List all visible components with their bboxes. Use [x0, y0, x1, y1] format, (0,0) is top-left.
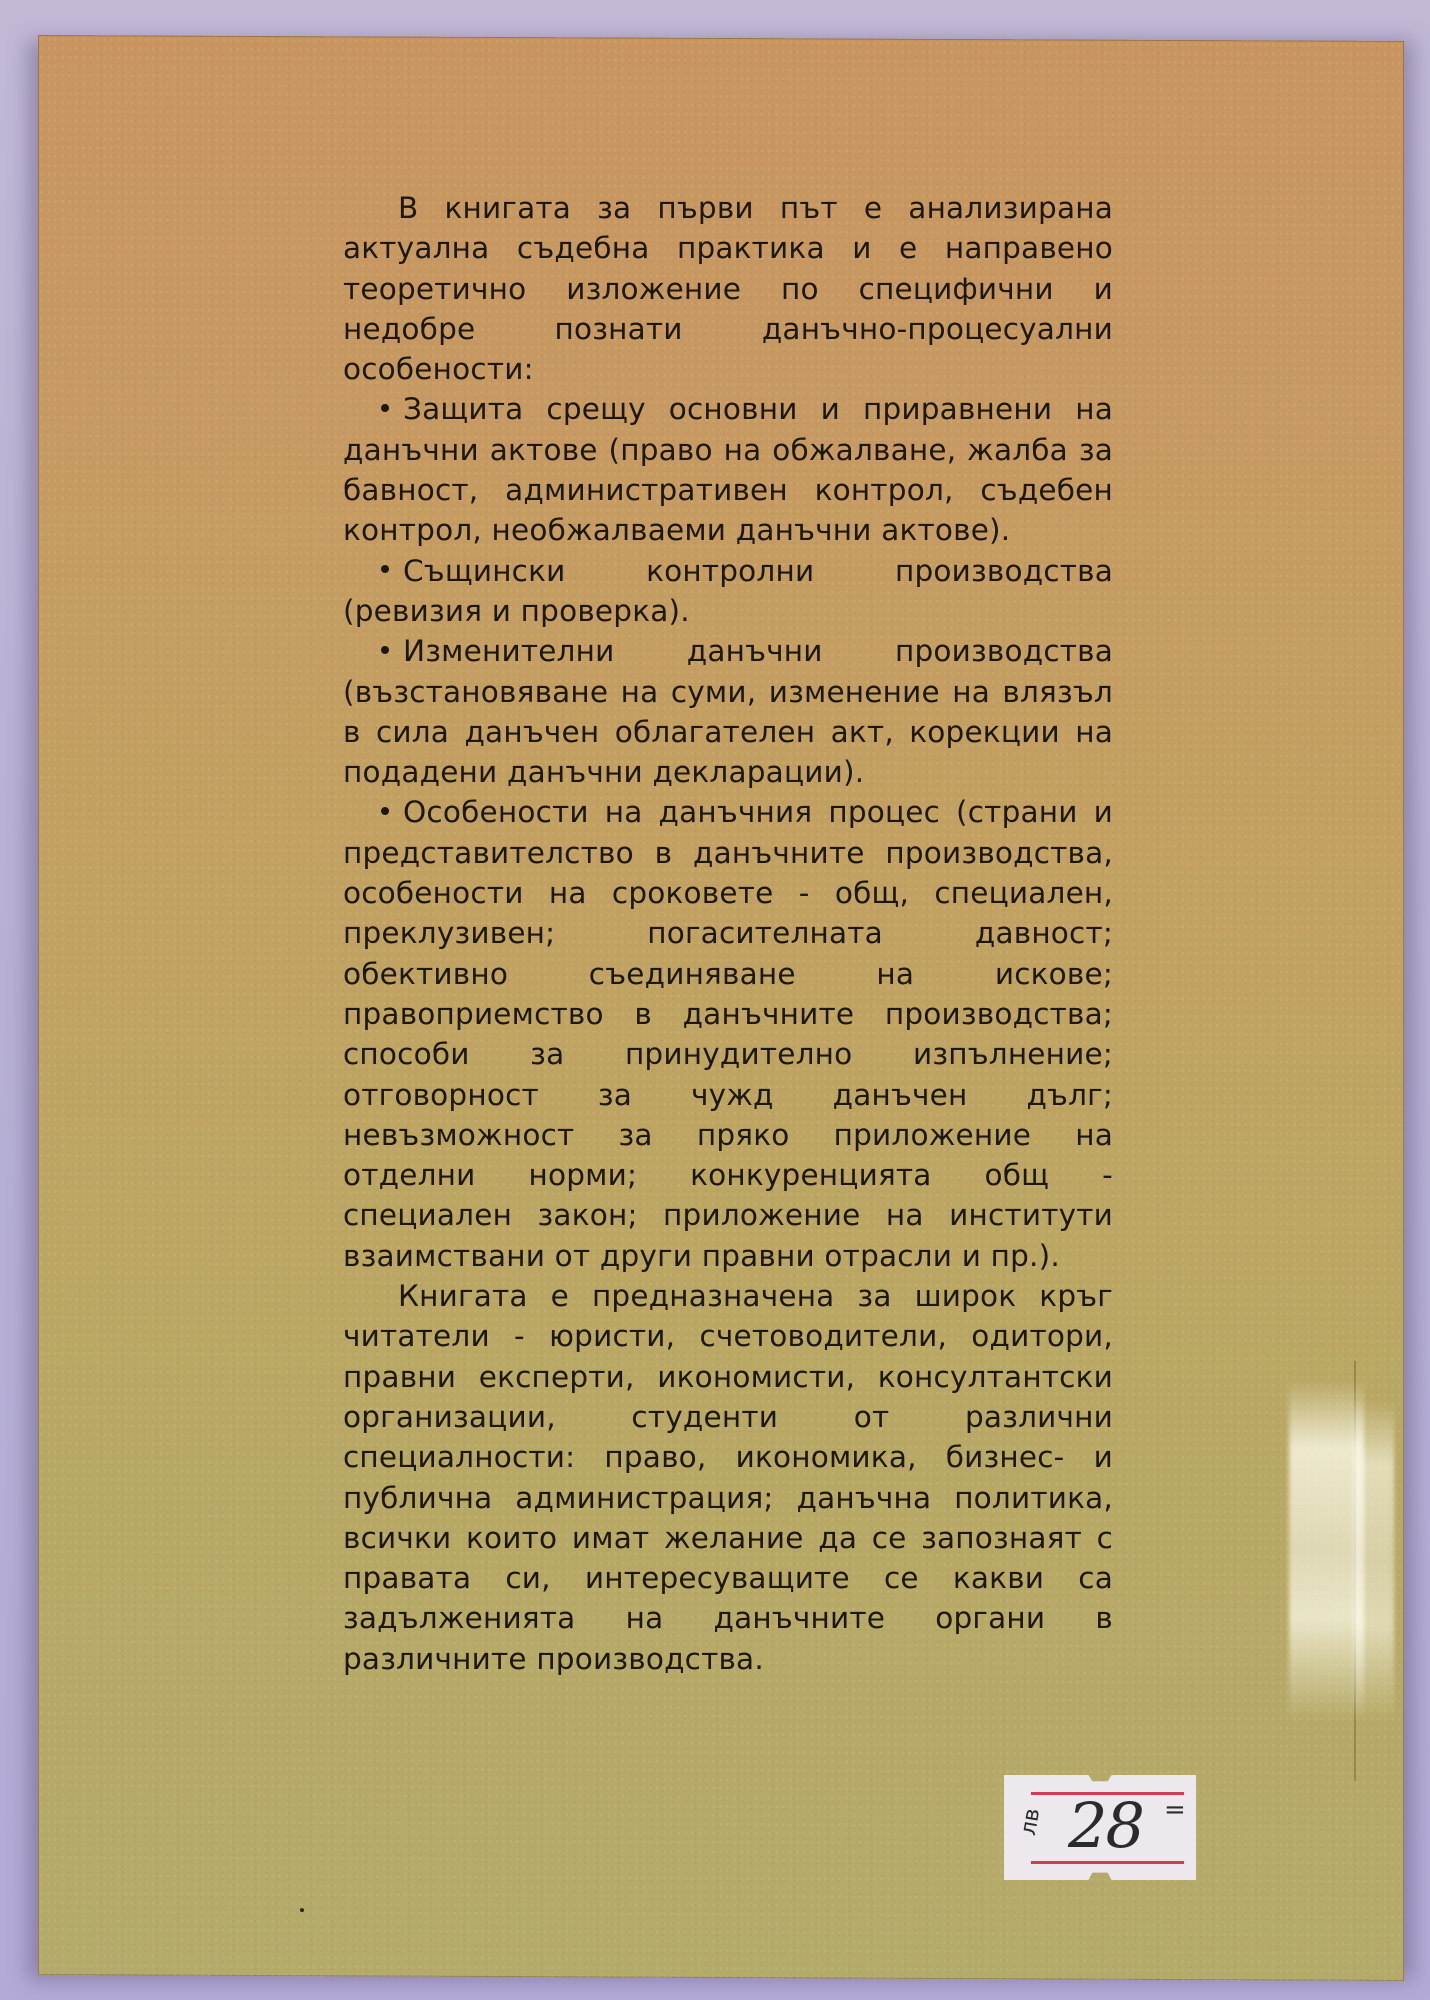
- dust-speck: [300, 1908, 304, 1912]
- blurb-intro: В книгата за първи път е анализирана акт…: [343, 188, 1113, 389]
- glare-highlight: [1289, 1380, 1364, 1720]
- bullet-icon: [381, 404, 389, 412]
- cover-blurb: В книгата за първи път е анализирана акт…: [343, 188, 1113, 1679]
- bullet-icon: [381, 565, 389, 573]
- bullet-icon: [381, 646, 389, 654]
- blurb-bullet: Изменителни данъчни производства (възста…: [343, 631, 1113, 792]
- blurb-bullet-list: Защита срещу основни и приравнени на дан…: [343, 389, 1113, 1276]
- blurb-bullet: Защита срещу основни и приравнени на дан…: [343, 389, 1113, 550]
- blurb-bullet: Същински контролни производства (ревизия…: [343, 551, 1113, 632]
- glare-highlight: [1354, 1401, 1394, 1721]
- blurb-closing: Книгата е предназначена за широк кръг чи…: [343, 1276, 1113, 1679]
- price-amount: 28: [1068, 1789, 1143, 1862]
- blurb-bullet: Особености на данъчния процес (страни и …: [343, 792, 1113, 1276]
- price-currency: лв: [1016, 1806, 1045, 1837]
- price-sticker: лв 28 =: [1004, 1775, 1196, 1880]
- price-suffix: =: [1164, 1795, 1186, 1825]
- bullet-icon: [381, 807, 389, 815]
